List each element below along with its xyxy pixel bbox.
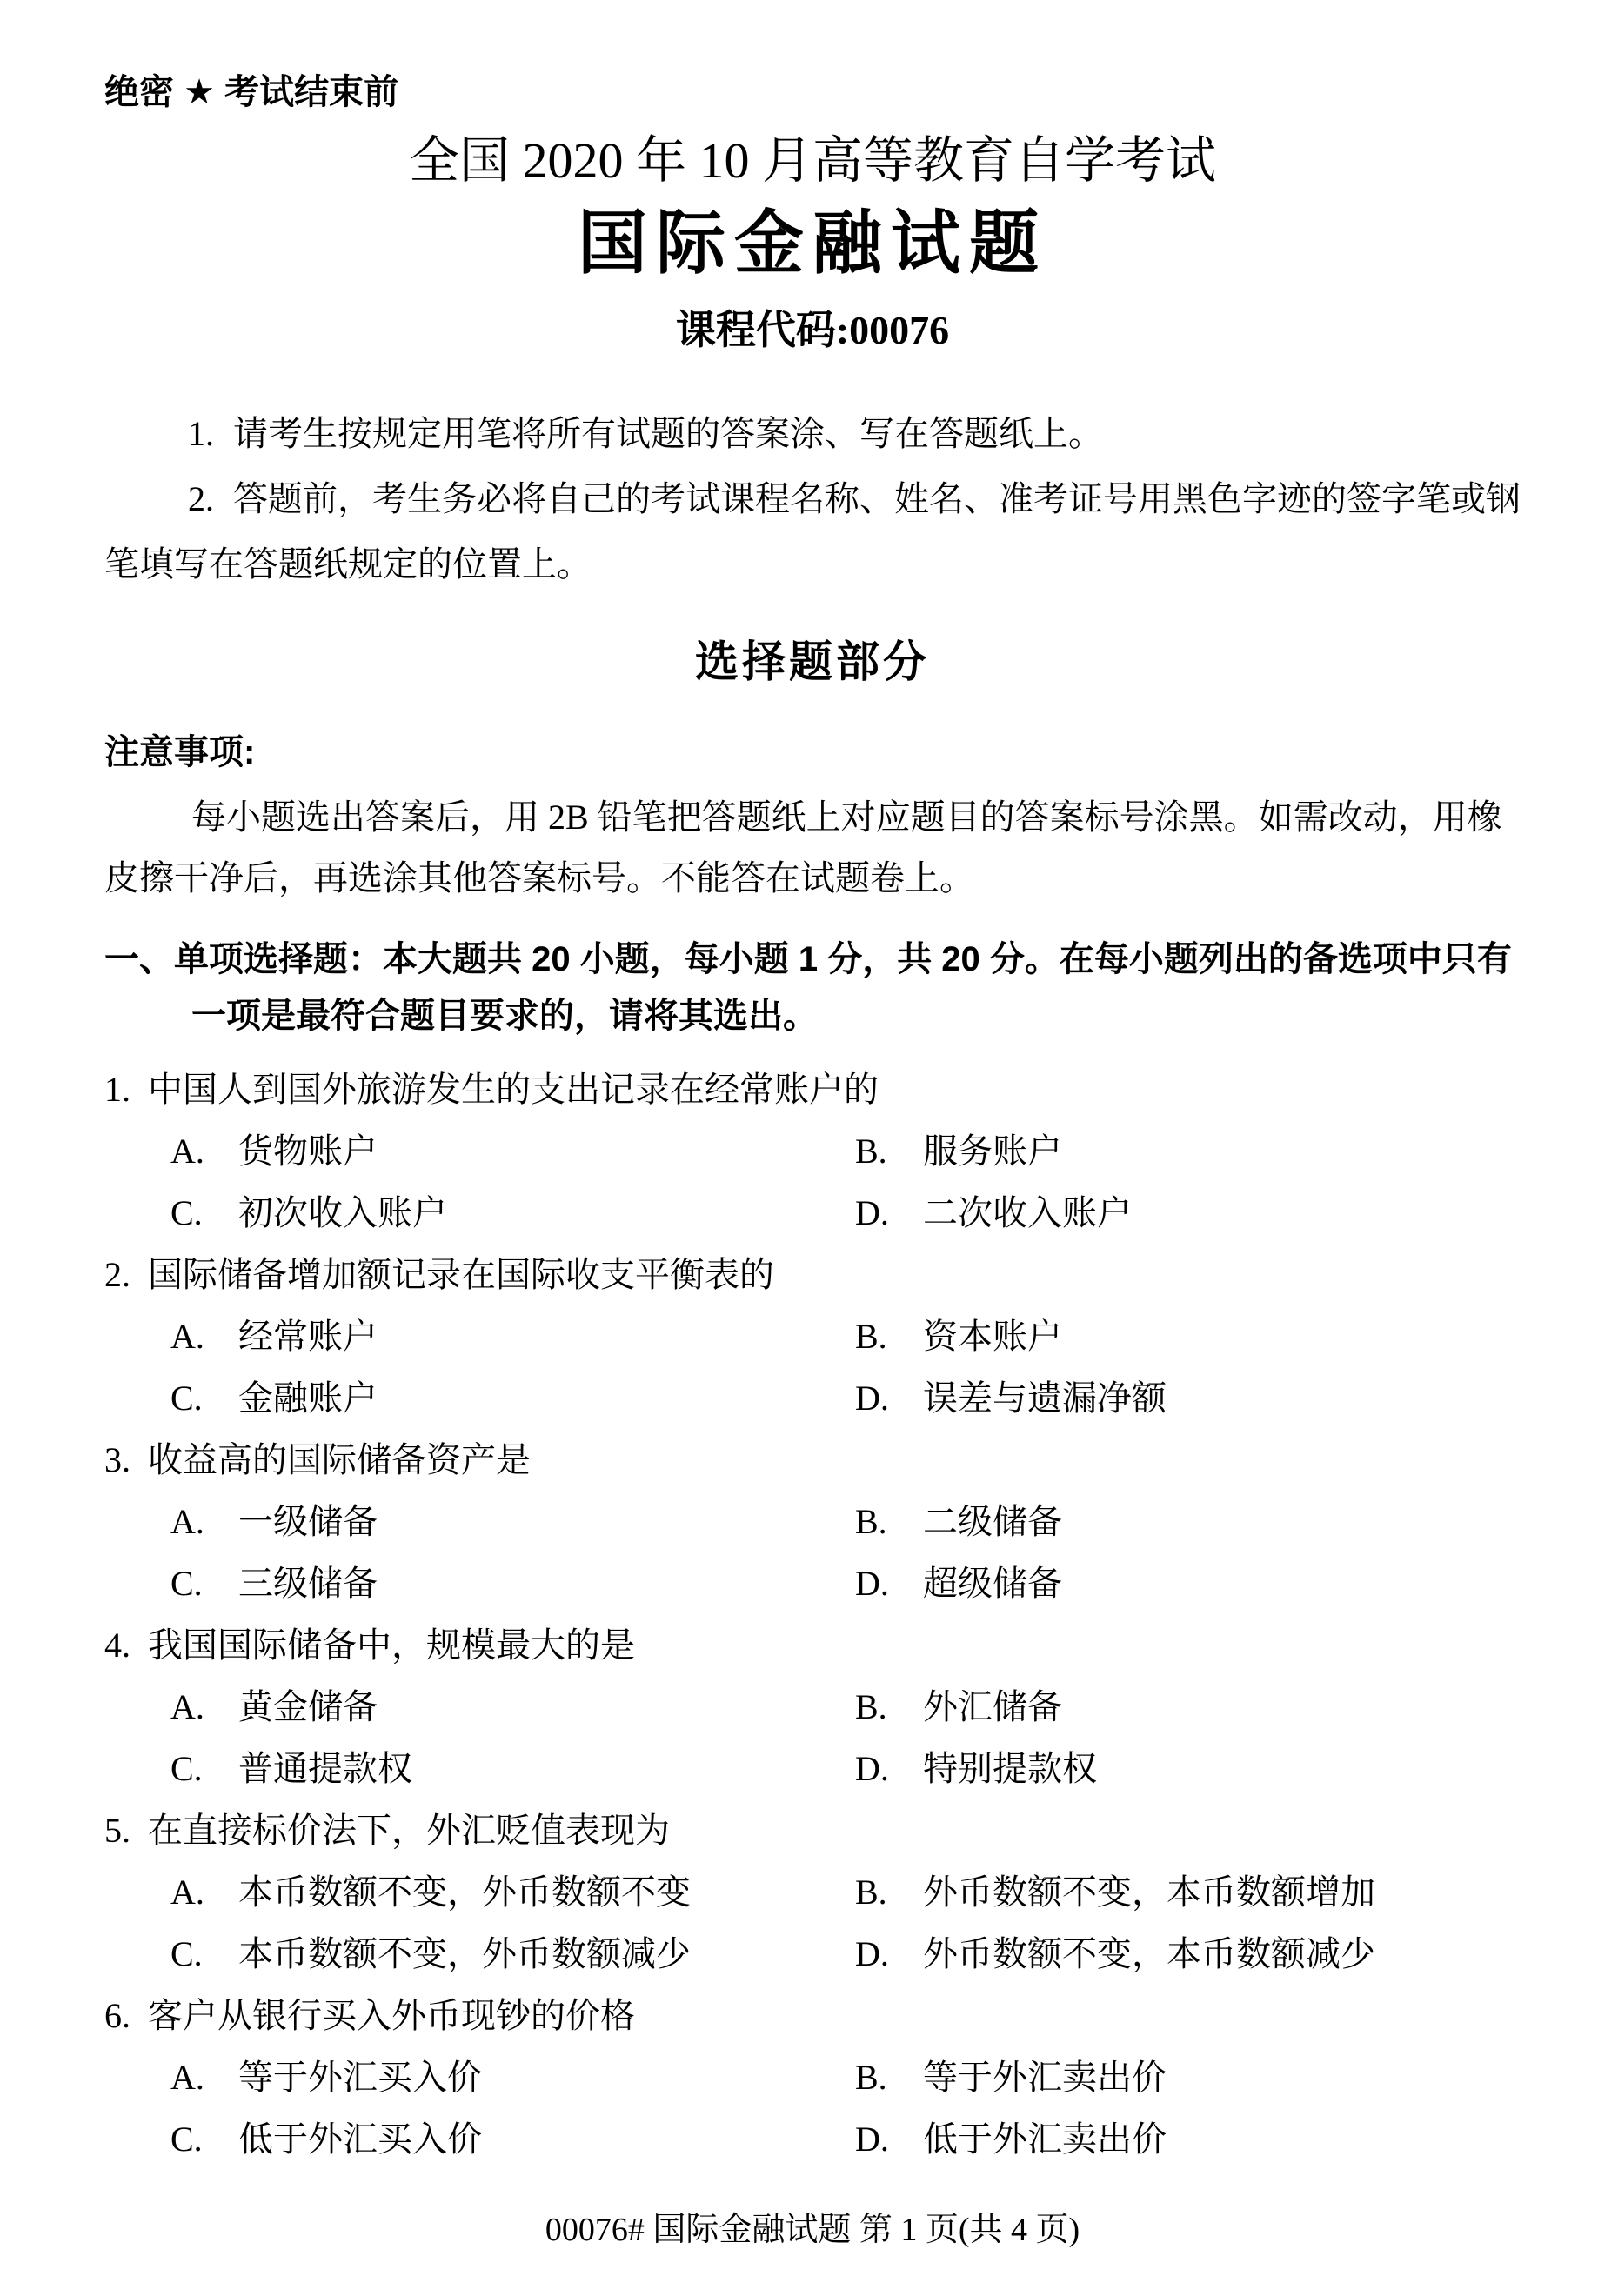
option-letter: A. bbox=[170, 1861, 238, 1923]
option-letter: C. bbox=[170, 1182, 238, 1244]
option-text: 普通提款权 bbox=[238, 1749, 412, 1788]
mcq-heading-label: 一、单项选择题： bbox=[104, 940, 383, 978]
option-text: 低于外汇买入价 bbox=[238, 2119, 482, 2159]
option-text: 误差与遗漏净额 bbox=[923, 1378, 1167, 1418]
option-b: B.等于外汇卖出价 bbox=[855, 2046, 1521, 2108]
option-a: A.等于外汇买入价 bbox=[170, 2046, 855, 2108]
options-grid: A.经常账户 B.资本账户 C.金融账户 D.误差与遗漏净额 bbox=[104, 1305, 1521, 1429]
security-label: 绝密 ★ 考试结束前 bbox=[104, 71, 1521, 113]
option-letter: C. bbox=[170, 1552, 238, 1614]
option-d: D.特别提款权 bbox=[855, 1738, 1521, 1799]
option-letter: D. bbox=[855, 2108, 923, 2170]
instruction-number: 1. bbox=[188, 414, 214, 453]
option-letter: A. bbox=[170, 2046, 238, 2108]
option-c: C.初次收入账户 bbox=[170, 1182, 855, 1244]
course-code: 课程代码:00076 bbox=[104, 306, 1521, 354]
option-text: 三级储备 bbox=[238, 1564, 378, 1603]
question-5: 5.在直接标价法下，外汇贬值表现为 A.本币数额不变，外币数额不变 B.外币数额… bbox=[104, 1799, 1521, 1985]
exam-paper-page: 绝密 ★ 考试结束前 全国 2020 年 10 月高等教育自学考试 国际金融试题… bbox=[0, 0, 1618, 2296]
option-text: 初次收入账户 bbox=[238, 1193, 447, 1232]
option-text: 外币数额不变，本币数额增加 bbox=[923, 1872, 1375, 1912]
option-text: 资本账户 bbox=[923, 1317, 1062, 1356]
option-text: 超级储备 bbox=[923, 1564, 1062, 1603]
option-c: C.低于外汇买入价 bbox=[170, 2108, 855, 2170]
option-letter: B. bbox=[855, 1491, 923, 1552]
option-letter: B. bbox=[855, 1861, 923, 1923]
option-text: 一级储备 bbox=[238, 1502, 378, 1541]
option-text: 金融账户 bbox=[238, 1378, 378, 1418]
options-grid: A.货物账户 B.服务账户 C.初次收入账户 D.二次收入账户 bbox=[104, 1120, 1521, 1244]
question-stem: 4.我国国际储备中，规模最大的是 bbox=[104, 1614, 1521, 1676]
option-letter: B. bbox=[855, 1120, 923, 1182]
option-text: 本币数额不变，外币数额不变 bbox=[238, 1872, 691, 1912]
option-letter: B. bbox=[855, 1676, 923, 1738]
option-a: A.黄金储备 bbox=[170, 1676, 855, 1738]
question-6: 6.客户从银行买入外币现钞的价格 A.等于外汇买入价 B.等于外汇卖出价 C.低… bbox=[104, 1985, 1521, 2170]
options-grid: A.等于外汇买入价 B.等于外汇卖出价 C.低于外汇买入价 D.低于外汇卖出价 bbox=[104, 2046, 1521, 2170]
option-text: 服务账户 bbox=[923, 1131, 1062, 1171]
option-letter: D. bbox=[855, 1367, 923, 1429]
option-letter: D. bbox=[855, 1923, 923, 1985]
option-letter: C. bbox=[170, 2108, 238, 2170]
options-grid: A.黄金储备 B.外汇储备 C.普通提款权 D.特别提款权 bbox=[104, 1676, 1521, 1799]
option-a: A.本币数额不变，外币数额不变 bbox=[170, 1861, 855, 1923]
options-grid: A.本币数额不变，外币数额不变 B.外币数额不变，本币数额增加 C.本币数额不变… bbox=[104, 1861, 1521, 1985]
question-1: 1.中国人到国外旅游发生的支出记录在经常账户的 A.货物账户 B.服务账户 C.… bbox=[104, 1058, 1521, 1244]
option-d: D.外币数额不变，本币数额减少 bbox=[855, 1923, 1521, 1985]
question-number: 2. bbox=[104, 1244, 148, 1305]
option-d: D.二次收入账户 bbox=[855, 1182, 1521, 1244]
question-stem-text: 我国国际储备中，规模最大的是 bbox=[148, 1625, 635, 1665]
question-stem-text: 中国人到国外旅游发生的支出记录在经常账户的 bbox=[148, 1070, 879, 1109]
section-title: 选择题部分 bbox=[104, 636, 1521, 688]
option-letter: A. bbox=[170, 1305, 238, 1367]
option-letter: D. bbox=[855, 1182, 923, 1244]
question-list: 1.中国人到国外旅游发生的支出记录在经常账户的 A.货物账户 B.服务账户 C.… bbox=[104, 1058, 1521, 2170]
option-b: B.外汇储备 bbox=[855, 1676, 1521, 1738]
option-text: 等于外汇买入价 bbox=[238, 2058, 482, 2097]
general-instructions: 1.请考生按规定用笔将所有试题的答案涂、写在答题纸上。 2.答题前，考生务必将自… bbox=[104, 401, 1521, 597]
option-c: C.本币数额不变，外币数额减少 bbox=[170, 1923, 855, 1985]
option-letter: C. bbox=[170, 1367, 238, 1429]
option-b: B.服务账户 bbox=[855, 1120, 1521, 1182]
question-number: 3. bbox=[104, 1429, 148, 1491]
question-4: 4.我国国际储备中，规模最大的是 A.黄金储备 B.外汇储备 C.普通提款权 D… bbox=[104, 1614, 1521, 1799]
option-letter: D. bbox=[855, 1738, 923, 1799]
question-3: 3.收益高的国际储备资产是 A.一级储备 B.二级储备 C.三级储备 D.超级储… bbox=[104, 1429, 1521, 1614]
option-b: B.二级储备 bbox=[855, 1491, 1521, 1552]
question-stem: 2.国际储备增加额记录在国际收支平衡表的 bbox=[104, 1244, 1521, 1305]
exam-title: 全国 2020 年 10 月高等教育自学考试 bbox=[104, 130, 1521, 191]
instruction-number: 2. bbox=[188, 479, 214, 518]
option-letter: B. bbox=[855, 2046, 923, 2108]
option-letter: D. bbox=[855, 1552, 923, 1614]
option-letter: A. bbox=[170, 1676, 238, 1738]
question-stem: 3.收益高的国际储备资产是 bbox=[104, 1429, 1521, 1491]
instruction-item-1: 1.请考生按规定用笔将所有试题的答案涂、写在答题纸上。 bbox=[104, 401, 1521, 466]
mcq-heading-description: 本大题共 20 小题，每小题 1 分，共 20 分。在每小题列出的备选项中只有一… bbox=[191, 940, 1512, 1035]
option-text: 经常账户 bbox=[238, 1317, 378, 1356]
question-stem-text: 客户从银行买入外币现钞的价格 bbox=[148, 1996, 635, 2035]
question-stem: 6.客户从银行买入外币现钞的价格 bbox=[104, 1985, 1521, 2046]
option-letter: C. bbox=[170, 1923, 238, 1985]
instruction-item-2: 2.答题前，考生务必将自己的考试课程名称、姓名、准考证号用黑色字迹的签字笔或钢笔… bbox=[104, 466, 1521, 597]
options-grid: A.一级储备 B.二级储备 C.三级储备 D.超级储备 bbox=[104, 1491, 1521, 1614]
question-number: 5. bbox=[104, 1799, 148, 1861]
option-letter: A. bbox=[170, 1120, 238, 1182]
option-text: 外汇储备 bbox=[923, 1687, 1062, 1726]
option-c: C.金融账户 bbox=[170, 1367, 855, 1429]
question-number: 6. bbox=[104, 1985, 148, 2046]
option-d: D.误差与遗漏净额 bbox=[855, 1367, 1521, 1429]
option-letter: C. bbox=[170, 1738, 238, 1799]
instruction-text: 答题前，考生务必将自己的考试课程名称、姓名、准考证号用黑色字迹的签字笔或钢笔填写… bbox=[104, 479, 1521, 584]
option-b: B.资本账户 bbox=[855, 1305, 1521, 1367]
question-number: 1. bbox=[104, 1058, 148, 1120]
option-text: 本币数额不变，外币数额减少 bbox=[238, 1934, 691, 1973]
instruction-text: 请考生按规定用笔将所有试题的答案涂、写在答题纸上。 bbox=[233, 414, 1103, 453]
option-text: 外币数额不变，本币数额减少 bbox=[923, 1934, 1375, 1973]
question-stem-text: 收益高的国际储备资产是 bbox=[148, 1440, 531, 1479]
question-stem: 5.在直接标价法下，外汇贬值表现为 bbox=[104, 1799, 1521, 1861]
notes-body: 每小题选出答案后，用 2B 铅笔把答题纸上对应题目的答案标号涂黑。如需改动，用橡… bbox=[104, 787, 1521, 909]
option-a: A.经常账户 bbox=[170, 1305, 855, 1367]
option-text: 货物账户 bbox=[238, 1131, 378, 1171]
option-text: 低于外汇卖出价 bbox=[923, 2119, 1167, 2159]
question-number: 4. bbox=[104, 1614, 148, 1676]
option-text: 黄金储备 bbox=[238, 1687, 378, 1726]
option-letter: B. bbox=[855, 1305, 923, 1367]
notes-title: 注意事项: bbox=[104, 731, 1521, 773]
page-footer: 00076# 国际金融试题 第 1 页(共 4 页) bbox=[104, 2210, 1521, 2250]
mcq-section-heading: 一、单项选择题：本大题共 20 小题，每小题 1 分，共 20 分。在每小题列出… bbox=[104, 931, 1521, 1045]
paper-title: 国际金融试题 bbox=[104, 204, 1521, 284]
option-a: A.一级储备 bbox=[170, 1491, 855, 1552]
option-a: A.货物账户 bbox=[170, 1120, 855, 1182]
option-b: B.外币数额不变，本币数额增加 bbox=[855, 1861, 1521, 1923]
question-stem: 1.中国人到国外旅游发生的支出记录在经常账户的 bbox=[104, 1058, 1521, 1120]
option-letter: A. bbox=[170, 1491, 238, 1552]
option-text: 二次收入账户 bbox=[923, 1193, 1132, 1232]
option-c: C.三级储备 bbox=[170, 1552, 855, 1614]
question-stem-text: 在直接标价法下，外汇贬值表现为 bbox=[148, 1811, 670, 1850]
question-2: 2.国际储备增加额记录在国际收支平衡表的 A.经常账户 B.资本账户 C.金融账… bbox=[104, 1244, 1521, 1429]
option-c: C.普通提款权 bbox=[170, 1738, 855, 1799]
option-text: 特别提款权 bbox=[923, 1749, 1097, 1788]
option-d: D.低于外汇卖出价 bbox=[855, 2108, 1521, 2170]
option-d: D.超级储备 bbox=[855, 1552, 1521, 1614]
option-text: 二级储备 bbox=[923, 1502, 1062, 1541]
question-stem-text: 国际储备增加额记录在国际收支平衡表的 bbox=[148, 1255, 774, 1294]
option-text: 等于外汇卖出价 bbox=[923, 2058, 1167, 2097]
